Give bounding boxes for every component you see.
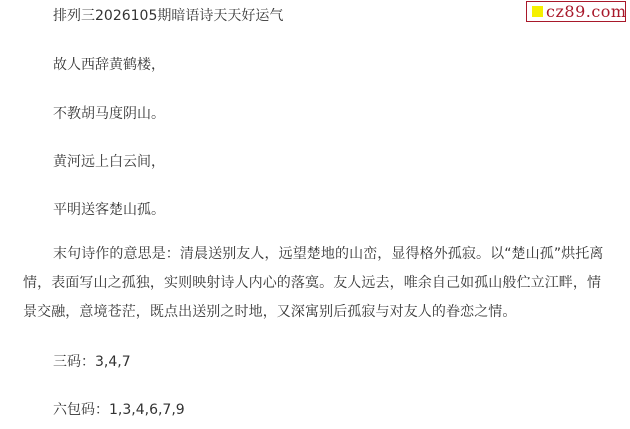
- watermark-text: cz89.com: [546, 2, 627, 21]
- poem-line-2: 不教胡马度阴山。: [53, 104, 165, 124]
- article-title: 排列三2026105期暗语诗天天好运气: [53, 6, 283, 26]
- poem-line-4: 平明送客楚山孤。: [53, 200, 165, 220]
- poem-line-1: 故人西辞黄鹤楼，: [53, 55, 165, 75]
- six-code-line: 六包码：1,3,4,6,7,9: [53, 400, 185, 420]
- site-watermark: cz89.com: [526, 1, 626, 22]
- poem-line-3: 黄河远上白云间，: [53, 152, 165, 172]
- explanation-paragraph: 末句诗作的意思是：清晨送别友人，远望楚地的山峦，显得格外孤寂。以“楚山孤”烘托离…: [23, 240, 613, 327]
- three-code-line: 三码：3,4,7: [53, 352, 131, 372]
- yellow-square-icon: [532, 6, 543, 17]
